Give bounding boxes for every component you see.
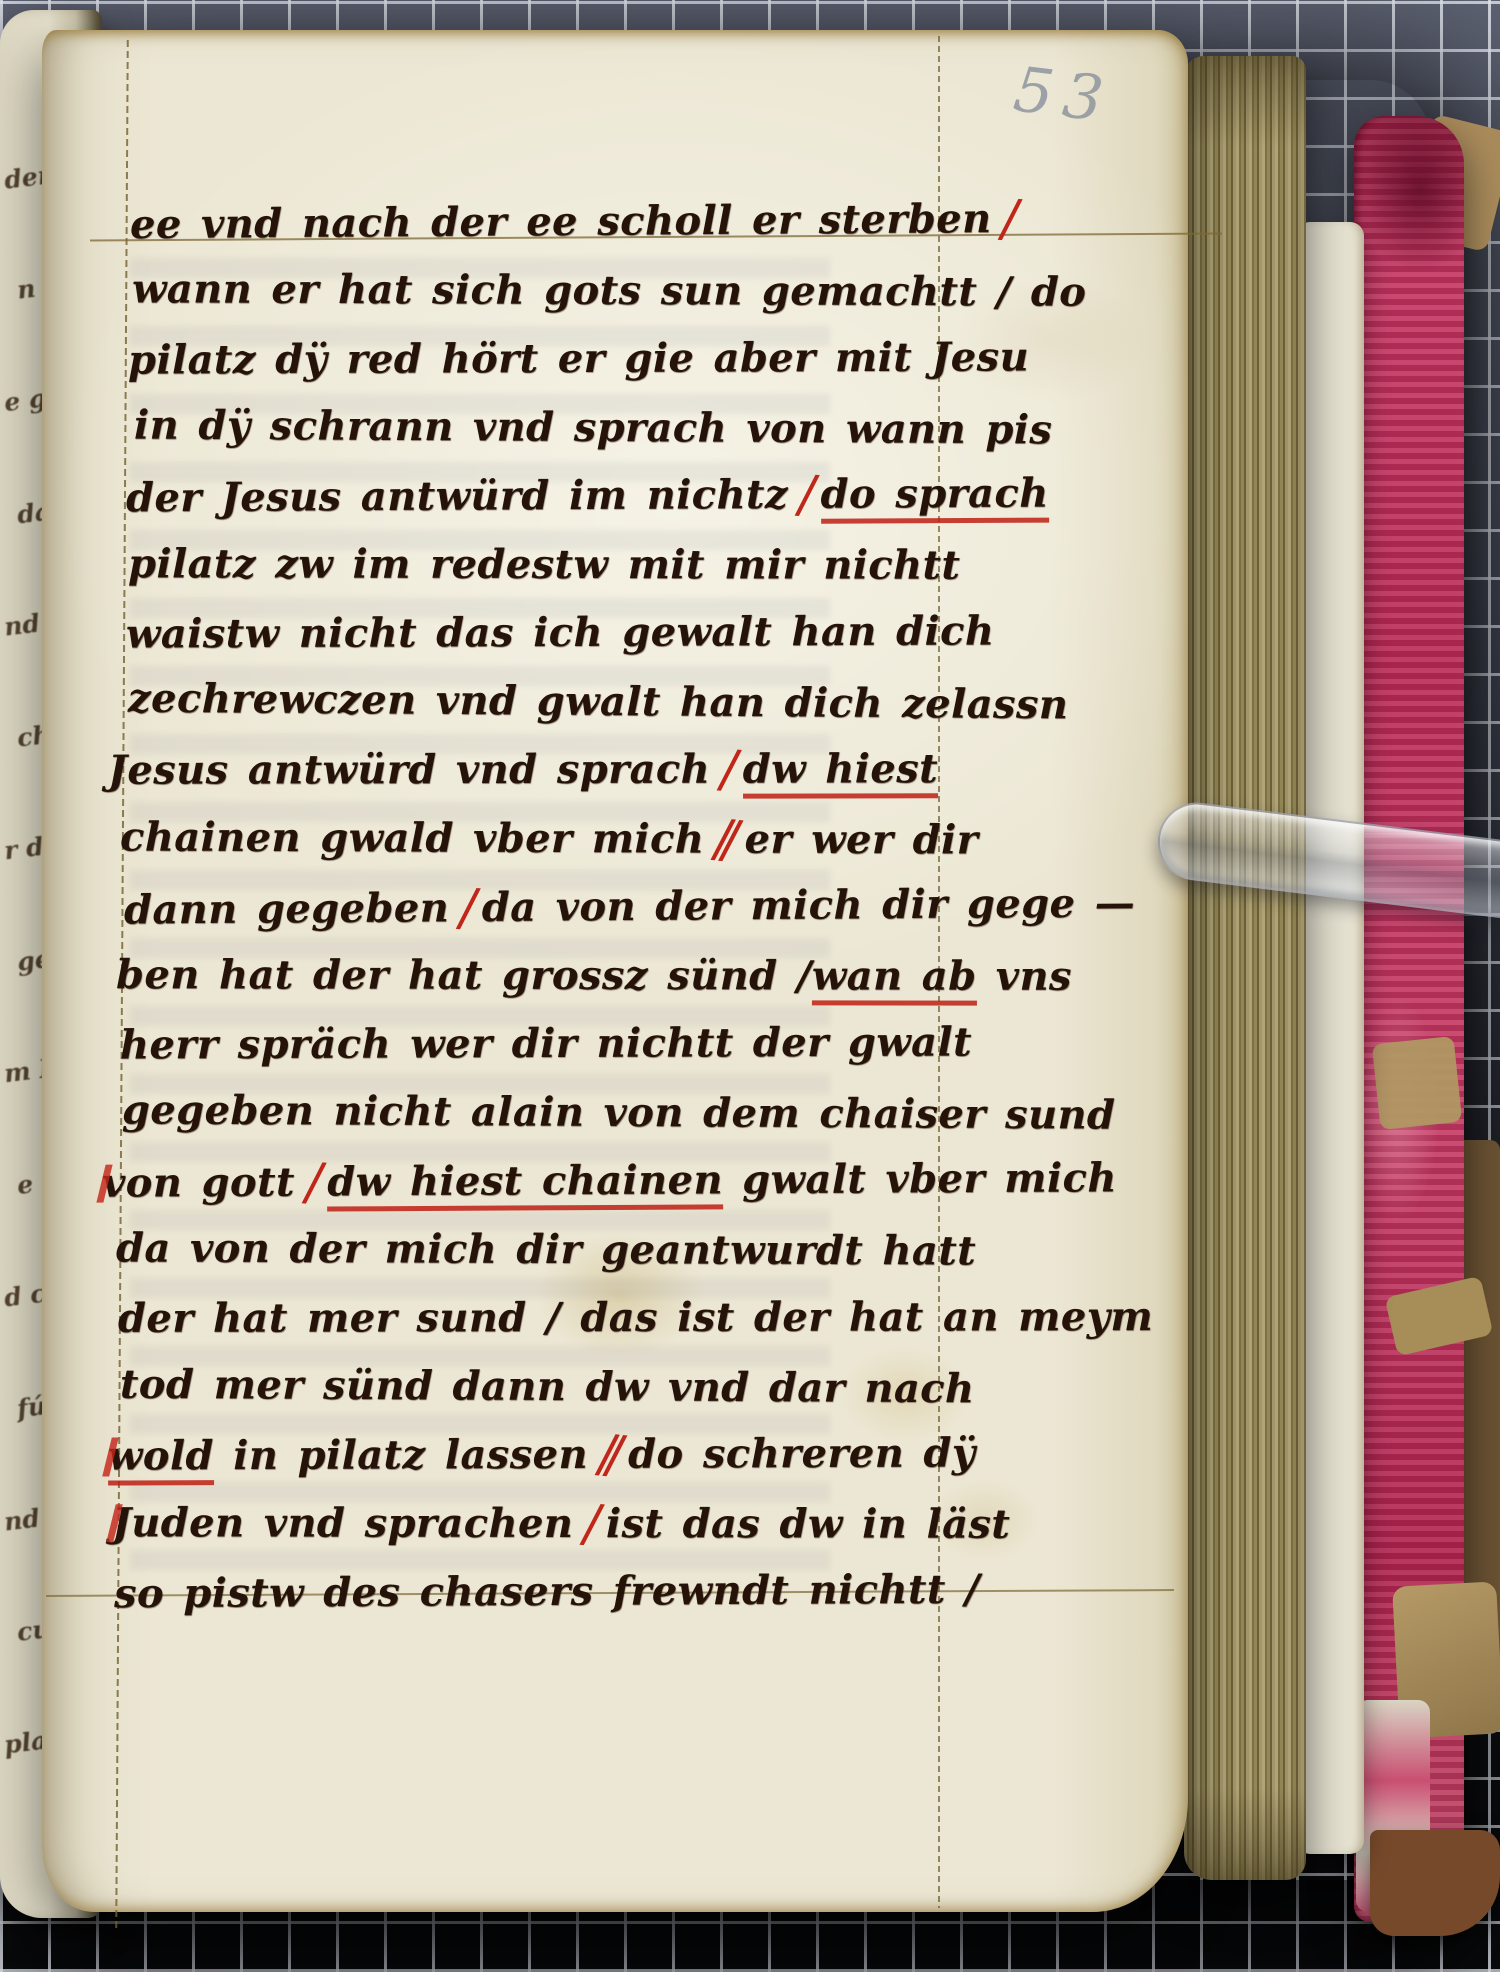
line-segment: do schreren dÿ [628,1429,976,1477]
line-segment: pilatz zw im redestw mit mir nichtt [128,540,960,588]
line-segment: der hat mer sund / das ist der hat an me… [118,1293,1153,1342]
line-segment: ee vnd nach der ee scholl er sterben [130,195,992,248]
line-segment: pilatz dÿ red hört er gie aber mit Jesu [128,333,1029,383]
manuscript-photo: dem tan mie gradas dnd dechrer dahgesem … [0,0,1500,1972]
protruding-page-edge [1296,222,1364,1854]
manuscript-line-12: ben hat der hat grossz sünd /wan ab vns [116,951,1072,1000]
line-segment: tod mer sünd dann dw vnd dar nach [120,1360,975,1411]
manuscript-line-20: Juden vnd sprachen/ist das dw in läst [112,1499,1010,1548]
manuscript-line-15: von gott/dw hiest chainen gwalt vber mic… [102,1154,1117,1206]
line-segment: in pilatz lassen [214,1431,588,1479]
manuscript-line-8: zechrewczen vnd gwalt han dich zelassn [128,674,1069,728]
line-segment: er wer dir [744,815,978,863]
red-virgule: // [597,1423,625,1486]
binding-wear-patch [1372,1036,1463,1130]
line-segment: dw hiest chainen [327,1156,723,1211]
manuscript-line-6: pilatz zw im redestw mit mir nichtt [128,540,960,588]
manuscript-line-13: herr spräch wer dir nichtt der gwalt [120,1019,972,1069]
line-segment: gwalt vber mich [723,1154,1117,1203]
line-segment: ist das dw in läst [606,1500,1010,1548]
manuscript-line-2: wann er hat sich gots sun gemachtt / do [132,265,1086,315]
manuscript-line-18: tod mer sünd dann dw vnd dar nach [120,1360,975,1411]
line-segment: vns [976,952,1071,999]
manuscript-line-7: waistw nicht das ich gewalt han dich [126,607,994,657]
manuscript-line-17: der hat mer sund / das ist der hat an me… [118,1293,1153,1342]
manuscript-page: 53 ee vnd nach der ee scholl er sterben/… [42,30,1188,1912]
red-virgule: / [719,738,740,800]
manuscript-line-21: so pistw des chasers frewndt nichtt / [114,1566,980,1618]
manuscript-line-3: pilatz dÿ red hört er gie aber mit Jesu [128,333,1029,383]
line-segment: wan ab [812,952,977,1005]
line-segment: herr spräch wer dir nichtt der gwalt [120,1019,972,1069]
binding-corner-bottom [1370,1830,1500,1936]
line-segment: ben hat der hat grossz sünd / [116,951,812,999]
line-segment: gegeben nicht alain von dem chaiser sund [122,1086,1116,1138]
manuscript-line-14: gegeben nicht alain von dem chaiser sund [122,1086,1116,1138]
red-virgule: / [304,1151,325,1213]
line-segment: da von der mich dir gege — [482,879,1136,931]
line-segment: dw hiest [743,745,938,798]
red-virgule: / [1001,187,1022,249]
manuscript-line-19: wold in pilatz lassen//do schreren dÿ [108,1429,976,1479]
manuscript-line-11: dann gegeben/da von der mich dir gege — [124,879,1135,933]
line-segment: uden vnd sprachen [131,1499,573,1547]
line-segment: J [112,1499,131,1546]
line-segment: v [102,1160,126,1207]
red-virgule: / [582,1492,603,1554]
line-segment: chainen gwald vber mich [120,813,704,862]
line-segment: Jesus antwürd vnd sprach [108,746,710,794]
line-segment: zechrewczen vnd gwalt han dich zelassn [128,674,1069,728]
line-segment: do sprach [820,470,1048,524]
manuscript-line-16: da von der mich dir geantwurdt hatt [116,1224,976,1274]
manuscript-line-9: Jesus antwürd vnd sprach/dw hiest [108,745,938,793]
fore-edge-page-stack [1184,56,1306,1880]
red-virgule: / [797,463,818,525]
line-segment: wann er hat sich gots sun gemachtt / do [132,265,1086,315]
line-segment: in dÿ schrann vnd sprach von wann pis [134,401,1053,453]
text-block: ee vnd nach der ee scholl er sterben/wan… [42,30,1188,1912]
manuscript-line-4: in dÿ schrann vnd sprach von wann pis [134,401,1053,453]
line-segment: der Jesus antwürd im nichtz [126,471,788,521]
manuscript-line-1: ee vnd nach der ee scholl er sterben/ [130,195,1024,248]
red-virgule: / [458,877,479,939]
line-segment: da von der mich dir geantwurdt hatt [116,1224,976,1274]
manuscript-line-10: chainen gwald vber mich//er wer dir [120,813,978,863]
red-virgule: // [713,807,742,870]
line-segment: on gott [126,1159,295,1207]
manuscript-line-5: der Jesus antwürd im nichtz/do sprach [126,470,1049,522]
line-segment: so pistw des chasers frewndt nichtt / [114,1566,980,1618]
line-segment: waistw nicht das ich gewalt han dich [126,607,994,657]
line-segment: wold [108,1432,214,1485]
line-segment: dann gegeben [124,884,449,933]
